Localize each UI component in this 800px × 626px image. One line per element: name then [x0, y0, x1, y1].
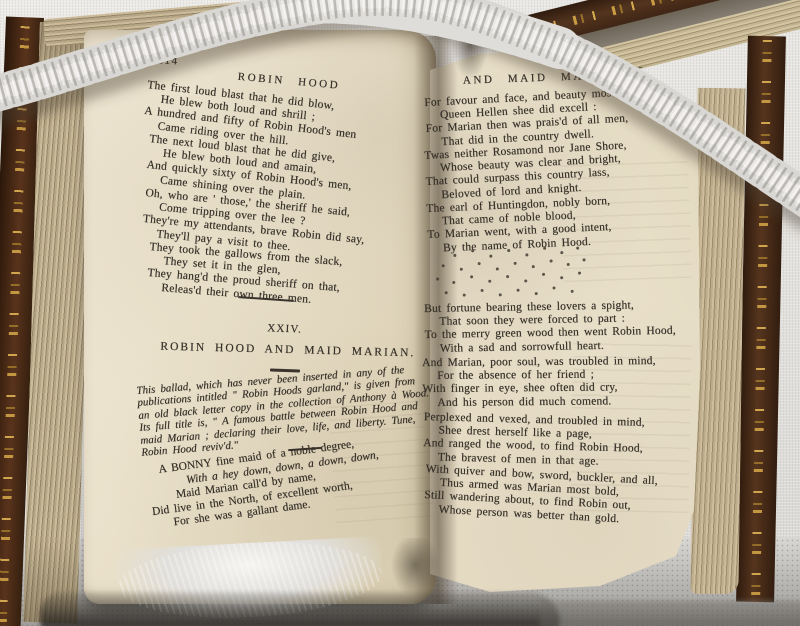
gutter-shadow-bottom: [390, 538, 440, 598]
table-shadow: [540, 600, 800, 626]
ink-dot: [481, 289, 484, 292]
page-number-right-fragment: 5: [638, 66, 645, 77]
ink-dot: [576, 247, 579, 250]
verse-line: And his person did much comend.: [422, 394, 712, 410]
ink-dot: [471, 249, 474, 252]
ink-dot: [478, 262, 481, 265]
table-shadow: [40, 592, 560, 626]
ink-dot: [436, 277, 439, 280]
ink-dot: [445, 291, 448, 294]
ink-dot: [552, 286, 555, 289]
ink-dots: [433, 243, 587, 302]
ink-dot: [535, 292, 538, 295]
ink-dot: [550, 260, 553, 263]
ink-dot: [488, 280, 491, 283]
stanza: Perplexed and vexed, and troubled in min…: [423, 411, 714, 471]
ink-dot: [453, 254, 456, 257]
stanza: And Marian, poor soul, was troubled in m…: [422, 354, 712, 409]
ink-dot: [560, 276, 563, 279]
ink-dot: [532, 265, 535, 268]
ink-dot: [460, 268, 463, 271]
gilt-tooling: [751, 36, 772, 602]
ink-dot: [506, 275, 509, 278]
ink-dot: [517, 289, 520, 292]
ink-dot: [578, 272, 581, 275]
ink-dot: [463, 294, 466, 297]
ink-dot: [571, 290, 574, 293]
ink-dot: [560, 251, 563, 254]
stanza: But fortune bearing these lovers a spigh…: [424, 298, 715, 356]
ink-dot: [525, 253, 528, 256]
ink-dot: [514, 262, 517, 265]
ink-dot: [499, 293, 502, 296]
ink-dot: [543, 247, 546, 250]
photo-open-book: 214 ROBIN HOOD The first loud blast that…: [0, 0, 800, 626]
ink-dot: [470, 275, 473, 278]
ink-dot: [452, 281, 455, 284]
ink-dot: [496, 267, 499, 270]
ink-dot: [567, 263, 570, 266]
ink-dot: [524, 279, 527, 282]
ink-dot: [583, 258, 586, 261]
ink-dot: [442, 264, 445, 267]
ink-dot: [542, 273, 545, 276]
ink-dot: [507, 249, 510, 252]
ink-dot: [489, 255, 492, 258]
